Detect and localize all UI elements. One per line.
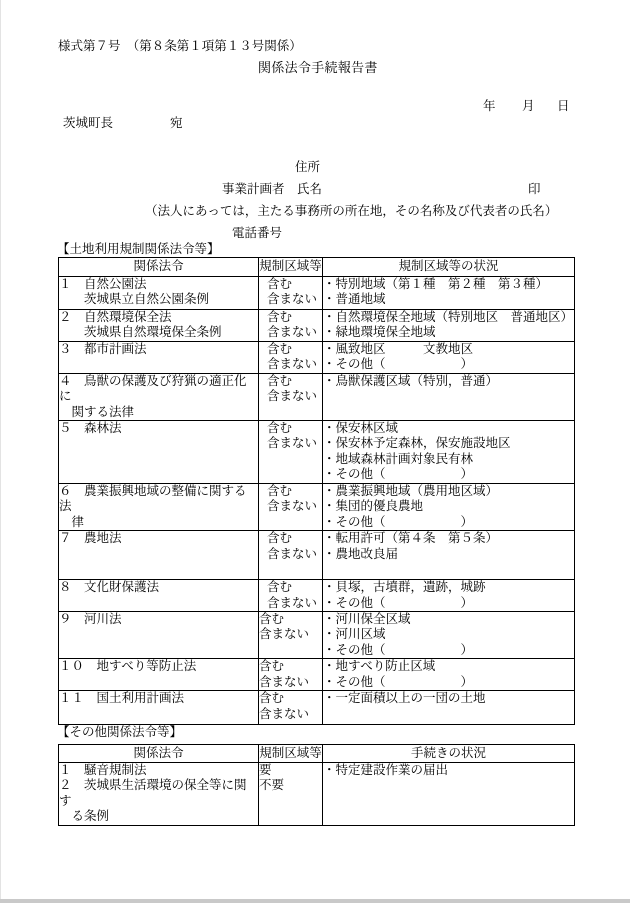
form-number: 様式第７号 （第８条第１項第１３号関係） [58, 36, 302, 54]
law-cell: ２ 自然環境保全法 茨城県自然環境保全条例 [59, 310, 259, 342]
status-cell: ・一定面積以上の一団の土地 [323, 691, 575, 725]
planner-name-label: 事業計画者 氏名 [222, 179, 322, 197]
column-header-law: 関係法令 [59, 745, 259, 763]
table-header-row: 関係法令 規制区域等 手続きの状況 [59, 745, 575, 763]
status-cell: ・転用許可（第４条 第５条） ・農地改良届 [323, 531, 575, 580]
table-row: ４ 鳥獣の保護及び狩猟の適正化に 関する法律 含む 含まない ・鳥獣保護区域（特… [59, 373, 575, 420]
column-header-regulation: 規制区域等 [259, 745, 323, 763]
seal-mark: 印 [528, 179, 541, 197]
status-cell: ・貝塚，古墳群，遺跡，城跡 ・その他（ ） [323, 580, 575, 612]
table-header-row: 関係法令 規制区域等 規制区域等の状況 [59, 258, 575, 277]
table-row: ５ 森林法 含む 含まない ・保安林区域 ・保安林予定森林，保安施設地区 ・地域… [59, 421, 575, 484]
status-cell: ・鳥獣保護区域（特別，普通） [323, 373, 575, 420]
phone-label: 電話番号 [232, 223, 282, 241]
table-row: ９ 河川法 含む 含まない ・河川保全区域 ・河川区域 ・その他（ ） [59, 612, 575, 659]
regulation-cell: 含む 含まない [259, 531, 323, 580]
corporate-note: （法人にあっては，主たる事務所の所在地，その名称及び代表者の氏名） [145, 201, 557, 219]
law-cell: １ 自然公園法 茨城県立自然公園条例 [59, 277, 259, 310]
law-cell: １０ 地すべり等防止法 [59, 659, 259, 691]
law-cell: ３ 都市計画法 [59, 342, 259, 374]
scan-edge-bottom [0, 899, 630, 903]
law-cell: ５ 森林法 [59, 421, 259, 484]
other-laws-table: 関係法令 規制区域等 手続きの状況 １ 騒音規制法 ２ 茨城県生活環境の保全等に… [58, 744, 575, 826]
table-row: ６ 農業振興地域の整備に関する法 律 含む 含まない ・農業振興地域（農用地区域… [59, 484, 575, 531]
regulation-cell: 含む 含まない [259, 342, 323, 374]
section-heading-land-use: 【土地利用規制関係法令等】 [57, 239, 220, 257]
document-title: 関係法令手続報告書 [258, 57, 378, 76]
table-row: １１ 国土利用計画法 含む 含まない ・一定面積以上の一団の土地 [59, 691, 575, 725]
regulation-cell: 含む 含まない [259, 277, 323, 310]
law-cell: １１ 国土利用計画法 [59, 691, 259, 725]
status-cell: ・特別地域（第１種 第２種 第３種） ・普通地域 [323, 277, 575, 310]
table-row: ８ 文化財保護法 含む 含まない ・貝塚，古墳群，遺跡，城跡 ・その他（ ） [59, 580, 575, 612]
regulation-cell: 含む 含まない [259, 612, 323, 659]
law-cell: ８ 文化財保護法 [59, 580, 259, 612]
status-cell: ・地すべり防止区域 ・その他（ ） [323, 659, 575, 691]
status-cell: ・河川保全区域 ・河川区域 ・その他（ ） [323, 612, 575, 659]
law-cell: ４ 鳥獣の保護及び狩猟の適正化に 関する法律 [59, 373, 259, 420]
date-year-label: 年 [483, 96, 496, 114]
regulation-cell: 含む 含まない [259, 373, 323, 420]
table-row: １ 自然公園法 茨城県立自然公園条例 含む 含まない ・特別地域（第１種 第２種… [59, 277, 575, 310]
column-header-procedure-status: 手続きの状況 [323, 745, 575, 763]
report-form-page: 様式第７号 （第８条第１項第１３号関係） 関係法令手続報告書 年 月 日 茨城町… [0, 0, 630, 903]
regulation-cell: 含む 含まない [259, 580, 323, 612]
regulation-cell: 含む 含まない [259, 310, 323, 342]
section-heading-other-laws: 【その他関係法令等】 [57, 722, 182, 740]
regulation-cell: 要 不要 [259, 763, 323, 826]
regulation-cell: 含む 含まない [259, 691, 323, 725]
column-header-law: 関係法令 [59, 258, 259, 277]
status-cell: ・特定建設作業の届出 [323, 763, 575, 826]
column-header-regulation: 規制区域等 [259, 258, 323, 277]
table-row: ３ 都市計画法 含む 含まない ・風致地区 文教地区 ・その他（ ） [59, 342, 575, 374]
land-use-table: 関係法令 規制区域等 規制区域等の状況 １ 自然公園法 茨城県立自然公園条例 含… [58, 257, 575, 725]
table-row: １０ 地すべり等防止法 含む 含まない ・地すべり防止区域 ・その他（ ） [59, 659, 575, 691]
date-day-label: 日 [557, 96, 570, 114]
status-cell: ・自然環境保全地域（特別地区 普通地区） ・緑地環境保全地域 [323, 310, 575, 342]
scan-edge-left [0, 0, 1, 903]
address-label: 住所 [295, 157, 320, 175]
status-cell: ・風致地区 文教地区 ・その他（ ） [323, 342, 575, 374]
law-cell: ６ 農業振興地域の整備に関する法 律 [59, 484, 259, 531]
addressee-suffix: 宛 [170, 113, 183, 131]
law-cell: ７ 農地法 [59, 531, 259, 580]
table-row: ７ 農地法 含む 含まない ・転用許可（第４条 第５条） ・農地改良届 [59, 531, 575, 580]
status-cell: ・農業振興地域（農用地区域） ・集団的優良農地 ・その他（ ） [323, 484, 575, 531]
column-header-status: 規制区域等の状況 [323, 258, 575, 277]
regulation-cell: 含む 含まない [259, 659, 323, 691]
date-month-label: 月 [522, 96, 535, 114]
regulation-cell: 含む 含まない [259, 421, 323, 484]
status-cell: ・保安林区域 ・保安林予定森林，保安施設地区 ・地域森林計画対象民有林 ・その他… [323, 421, 575, 484]
law-cell: １ 騒音規制法 ２ 茨城県生活環境の保全等に関す る条例 [59, 763, 259, 826]
table-row: １ 騒音規制法 ２ 茨城県生活環境の保全等に関す る条例 要 不要 ・特定建設作… [59, 763, 575, 826]
law-cell: ９ 河川法 [59, 612, 259, 659]
regulation-cell: 含む 含まない [259, 484, 323, 531]
addressee-name: 茨城町長 [63, 113, 113, 131]
table-row: ２ 自然環境保全法 茨城県自然環境保全条例 含む 含まない ・自然環境保全地域（… [59, 310, 575, 342]
